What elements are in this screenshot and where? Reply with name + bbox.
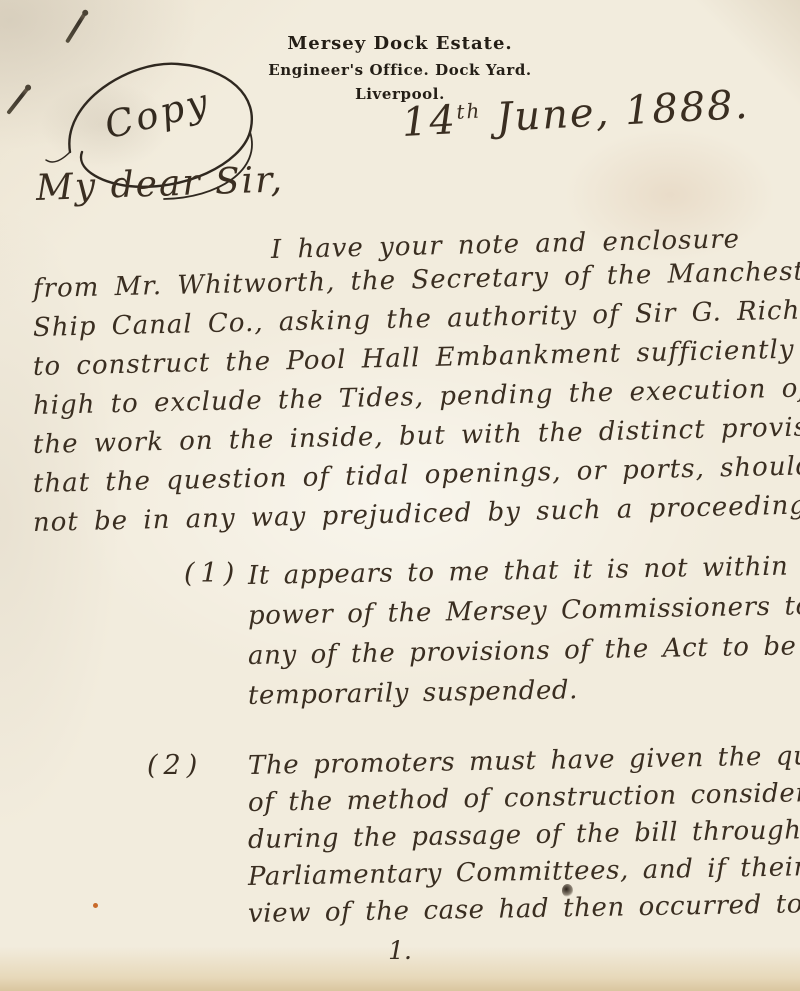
date-ordinal: th: [456, 99, 482, 124]
item-line: temporarily suspended.: [248, 667, 791, 716]
item-marker: (2): [147, 750, 203, 781]
item-marker: (1): [184, 558, 240, 589]
ink-blot: [562, 884, 573, 897]
page-number: 1.: [0, 936, 800, 965]
letter-page: Mersey Dock Estate. Engineer's Office. D…: [0, 0, 800, 991]
numbered-item-1: (1) It appears to me that it is not with…: [0, 556, 790, 716]
salutation: My dear Sir,: [35, 159, 284, 209]
date-day: 14: [401, 97, 458, 146]
numbered-item-2: (2) The promoters must have given the qu…: [0, 748, 790, 933]
paper-speck: [93, 903, 98, 908]
body-paragraph: I have your note and enclosure from Mr. …: [33, 231, 792, 543]
